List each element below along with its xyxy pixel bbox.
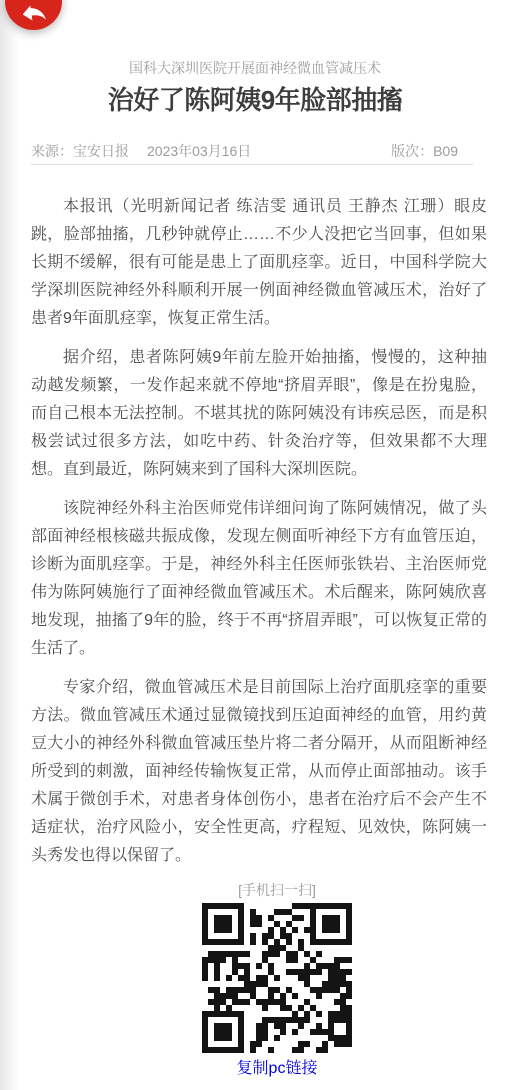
article-body: 本报讯（光明新闻记者 练洁雯 通讯员 王静杰 江珊）眼皮跳，脸部抽搐，几秒钟就停… [0, 193, 510, 870]
article-paragraph: 据介绍，患者陈阿姨9年前左脸开始抽搐，慢慢的，这种抽动越发频繁，一发作起来就不停… [31, 344, 487, 484]
article-paragraph: 专家介绍，微血管减压术是目前国际上治疗面肌痉挛的重要方法。微血管减压术通过显微镜… [31, 674, 487, 870]
article-kicker: 国科大深圳医院开展面神经微血管减压术 [0, 58, 510, 78]
qr-code [202, 903, 352, 1053]
article-paragraph: 该院神经外科主治医师党伟详细问询了陈阿姨情况，做了头部面神经根核磁共振成像，发现… [31, 495, 487, 663]
article-title: 治好了陈阿姨9年脸部抽搐 [0, 84, 510, 116]
edition-label: 版次：B09 [391, 142, 458, 160]
publish-date: 2023年03月16日 [147, 143, 251, 159]
article-paragraph: 本报讯（光明新闻记者 练洁雯 通讯员 王静杰 江珊）眼皮跳，脸部抽搐，几秒钟就停… [31, 193, 487, 333]
back-arrow-icon [19, 0, 49, 17]
article-meta-row: 来源：宝安日报2023年03月16日 版次：B09 [0, 142, 510, 160]
article-header: 国科大深圳医院开展面神经微血管减压术 治好了陈阿姨9年脸部抽搐 [0, 0, 510, 116]
source-label: 来源：宝安日报 [31, 143, 129, 159]
article-page: 国科大深圳医院开展面神经微血管减压术 治好了陈阿姨9年脸部抽搐 来源：宝安日报2… [0, 0, 510, 1079]
qr-section: [手机扫一扫] 复制pc链接 [22, 881, 510, 1079]
meta-left: 来源：宝安日报2023年03月16日 [31, 142, 251, 160]
qr-caption: [手机扫一扫] [22, 881, 510, 899]
copy-pc-link[interactable]: 复制pc链接 [237, 1059, 318, 1079]
meta-divider [31, 164, 473, 165]
